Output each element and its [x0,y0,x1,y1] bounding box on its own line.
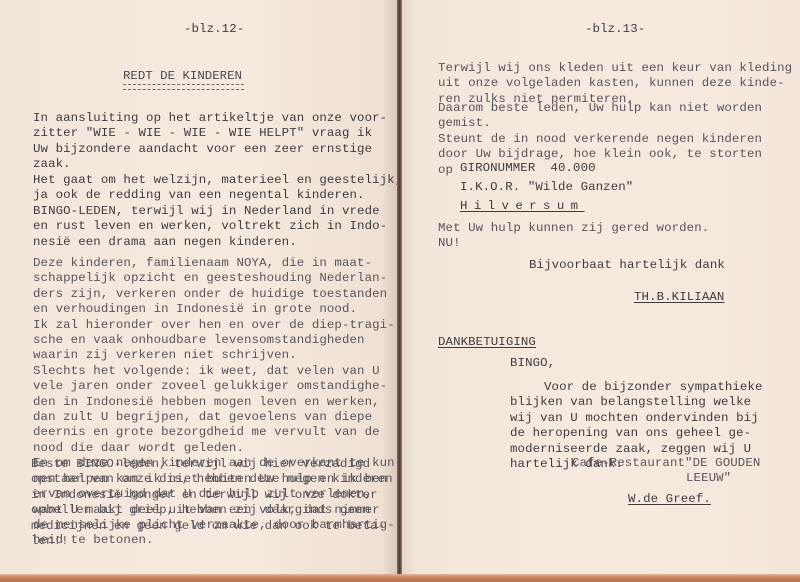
signature-kiliaan: TH.B.KILIAAN [634,290,724,305]
paragraph-4: Beste BINGO-leden, terwijl wij hier verz… [31,457,393,549]
giro-organization: I.K.O.R. "Wilde Ganzen" [460,180,633,195]
title-double-underline [123,84,244,90]
acknowledgement-title: DANKBETUIGING [438,335,536,350]
paragraph-1: In aansluiting op het artikeltje van onz… [33,111,398,203]
acknowledgement-salutation: BINGO, [510,356,555,371]
page-number: -blz.12- [184,22,244,37]
closing-lines: Met Uw hulp kunnen zij gered worden. NU! [438,221,709,252]
booklet-spread: -blz.12- REDT DE KINDEREN In aansluiting… [0,0,800,576]
page-12: -blz.12- REDT DE KINDEREN In aansluiting… [0,0,398,576]
signature-de-greef: W.de Greef. [628,492,711,507]
page-13: -blz.13- Terwijl wij ons kleden uit een … [402,0,800,576]
cover-edge [0,574,800,582]
giro-account: GIRONUMMER 40.000 [460,161,596,176]
book-spine [397,0,402,582]
paragraph-2: BINGO-LEDEN, terwijl wij in Nederland in… [33,204,387,250]
thanks-in-advance: Bijvoorbaat hartelijk dank [529,258,725,273]
giro-city: Hilversum [460,199,585,214]
article-title: REDT DE KINDEREN [123,69,242,83]
page-number: -blz.13- [585,22,645,37]
acknowledgement-sender: Cafe-Restaurant"DE GOUDEN LEEUW" [572,456,760,487]
